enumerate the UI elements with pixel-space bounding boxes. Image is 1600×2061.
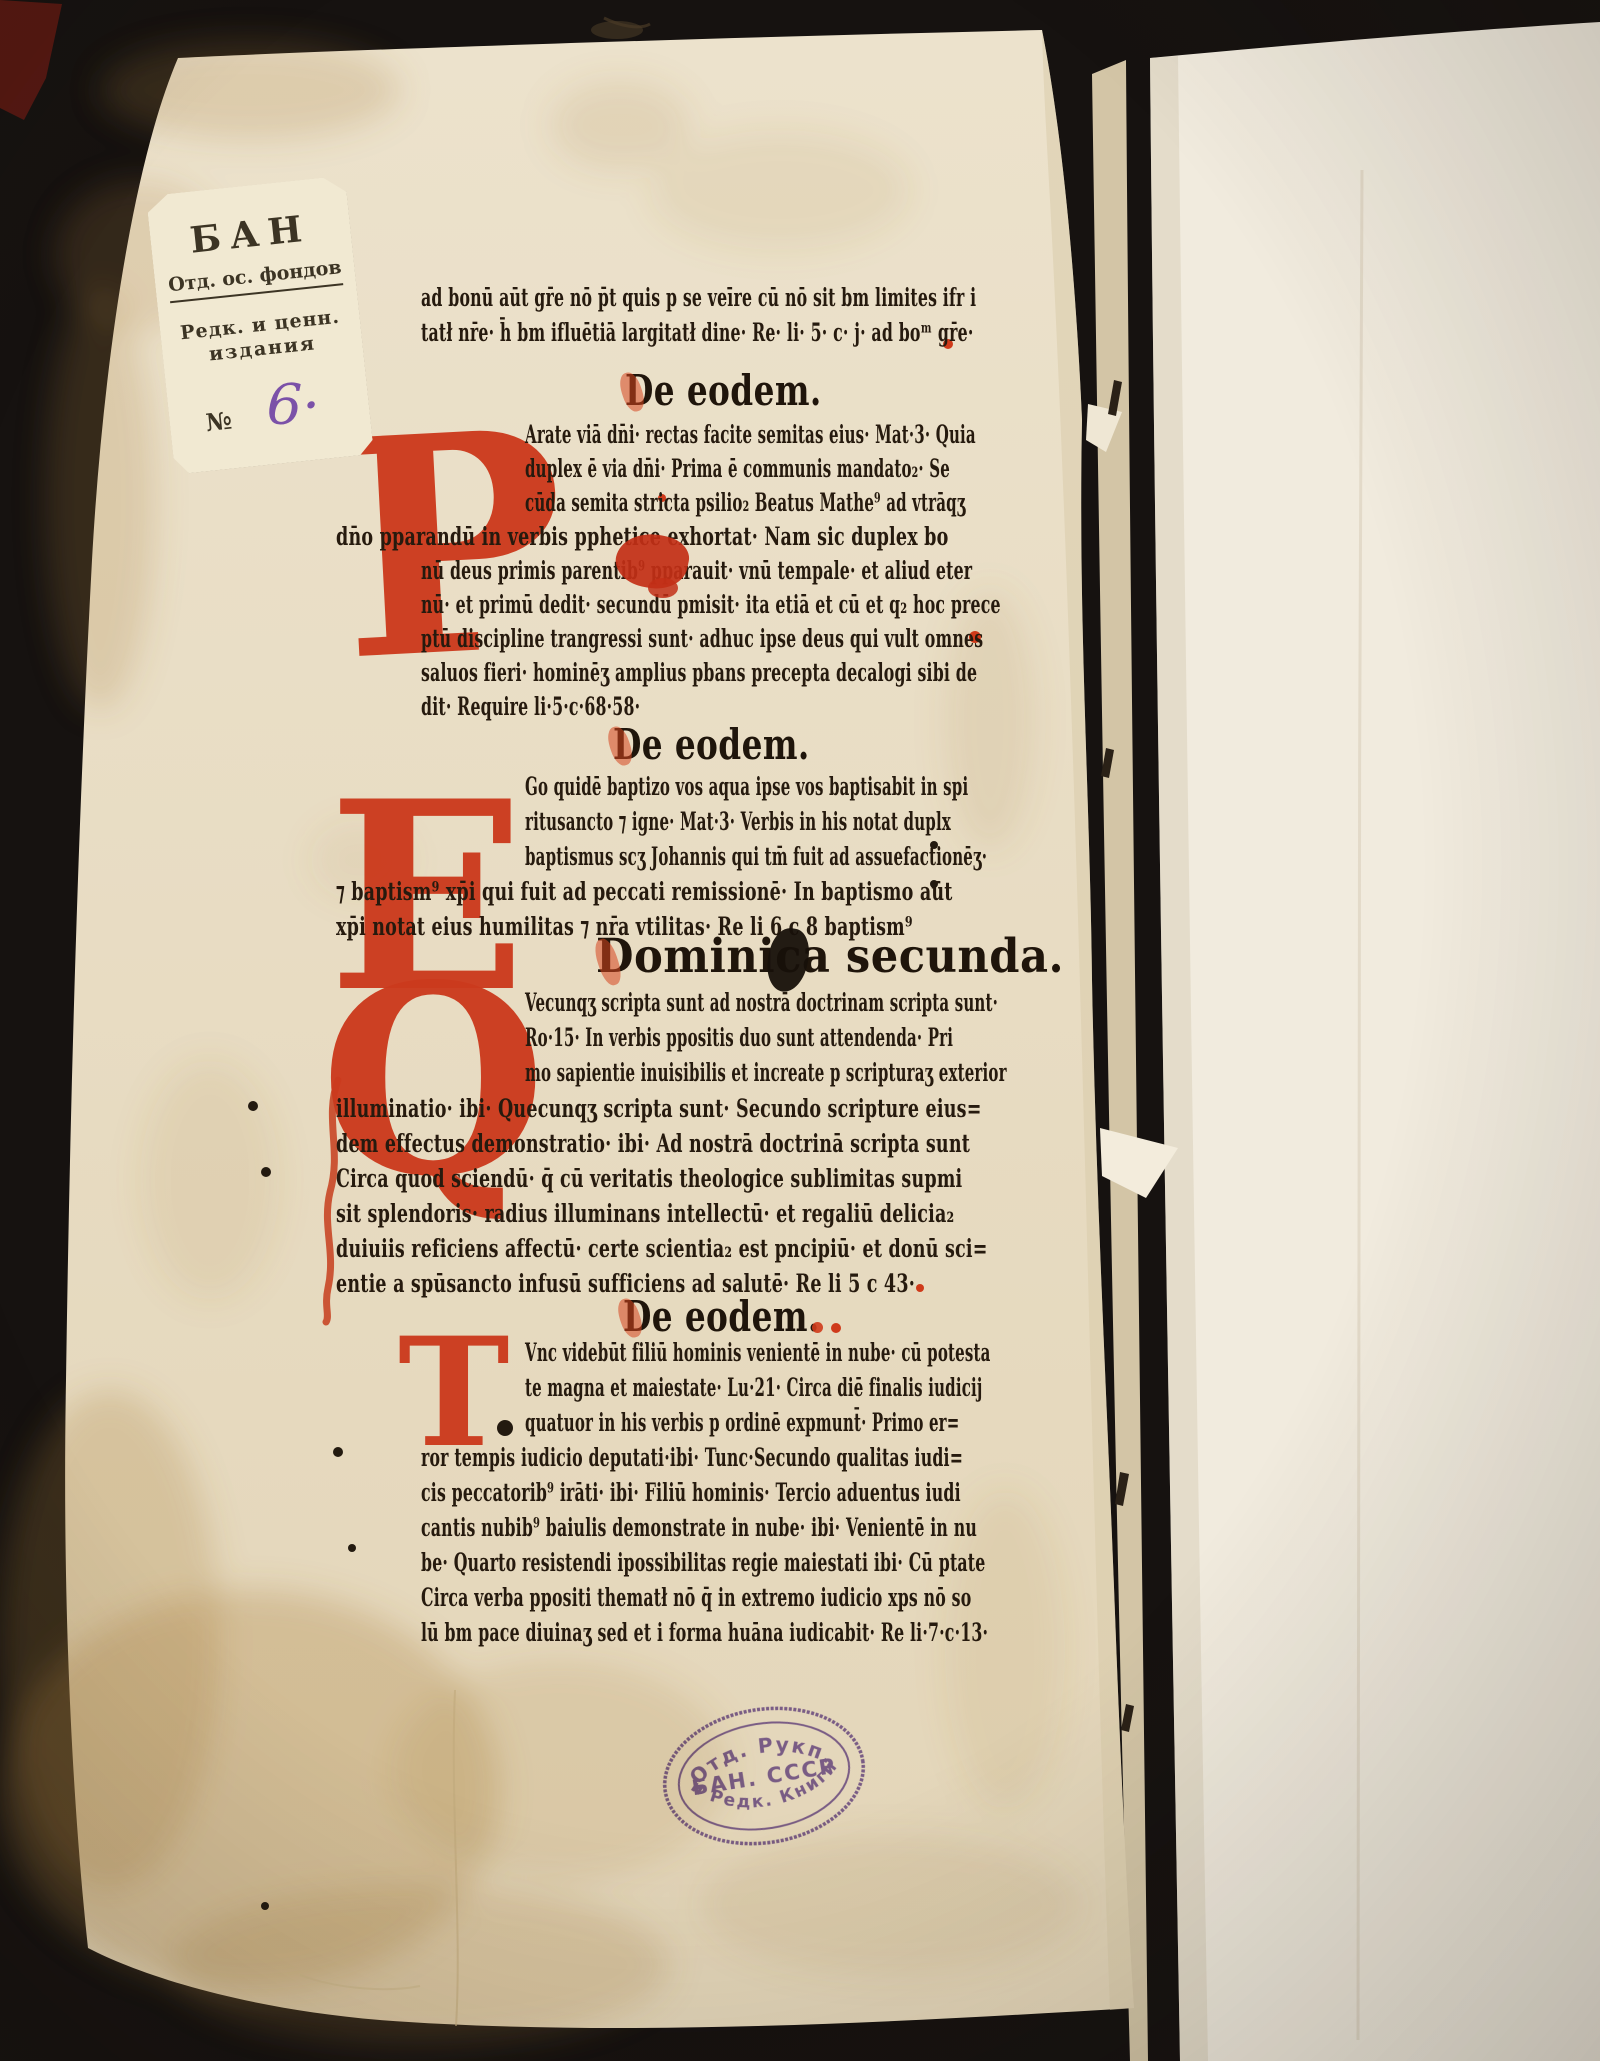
latin-text-line: tatł nr̄e· h̄ bm ifluētiā largitatł dine… <box>421 318 974 352</box>
latin-text-line: illuminatio· ibi· Quecunqʒ scripta sunt·… <box>336 1094 982 1128</box>
latin-text-line: Circa verba ppositi thematł nō q̄ in ext… <box>421 1583 971 1617</box>
latin-text-line: sit splendoris· radius illuminans intell… <box>336 1199 954 1233</box>
numero-sign: № <box>204 406 233 438</box>
latin-text-line: dit· Require li·5·c·68·58· <box>421 692 640 726</box>
library-label: БАН Отд. ос. фондов Редк. и ценн. издани… <box>146 175 374 474</box>
latin-text-line: ritusancto ⁊ igne· Mat·3· Verbis in his … <box>525 807 951 841</box>
latin-text-line: duplex ē via dn̄i· Prima ē communis mand… <box>525 454 950 488</box>
latin-text-line: cūda semita stricta psilio₂ Beatus Mathe… <box>525 488 966 522</box>
latin-text-line: ptū discipline trangressi sunt· adhuc ip… <box>421 624 983 658</box>
latin-text-line: Go quidē baptizo vos aqua ipse vos bapti… <box>525 772 968 806</box>
latin-text-line: Vnc videbūt filiū hominis venientē in nu… <box>525 1338 990 1372</box>
latin-text-line: nū· et primū dedit· secundū pmisit· ita … <box>421 590 1001 624</box>
latin-text-line: Circa quod sciendū· q̄ cū veritatis theo… <box>336 1164 962 1198</box>
rubric-heading: De eodem. <box>623 1292 820 1341</box>
latin-text-line: saluos fieri· hominēʒ amplius pbans prec… <box>421 658 977 692</box>
latin-text-line: nū deus primis parentib⁹ pparauit· vnū t… <box>421 556 972 590</box>
photo-scene: P E Q T ad bonū aūt gr̄e nō p̄t quis p s… <box>0 0 1600 2061</box>
latin-text-line: dem effectus demonstratio· ibi· Ad nostr… <box>336 1129 970 1163</box>
label-department: Отд. ос. фондов <box>167 256 343 303</box>
latin-text-line: be· Quarto resistendi ipossibilitas regi… <box>421 1548 985 1582</box>
rubric-heading: Dominica secunda. <box>596 929 1064 984</box>
rubric-heading: De eodem. <box>613 720 810 769</box>
red-accent-dot <box>812 1322 823 1333</box>
latin-text-line: te magna et maiestate· Lu·21· Circa diē … <box>525 1373 983 1407</box>
rubric-heading: De eodem. <box>625 366 822 415</box>
latin-text-line: mo sapientie inuisibilis et increate p s… <box>525 1058 1007 1092</box>
latin-text-line: Arate viā dn̄i· rectas facite semitas ei… <box>525 420 976 454</box>
latin-text-line: Ro·15· In verbis ppositis duo sunt atten… <box>525 1023 953 1057</box>
latin-text-line: Vecunqʒ scripta sunt ad nostrā doctrinam… <box>525 988 998 1022</box>
red-ink-blot <box>648 578 678 598</box>
latin-text-line: ad bonū aūt gr̄e nō p̄t quis p se veīre … <box>421 283 976 317</box>
shelf-number-value: 6· <box>266 372 321 438</box>
shelf-number-row: № 6· <box>167 373 372 454</box>
latin-text-line: quatuor in his verbis p ordinē expmunt̄·… <box>525 1408 960 1442</box>
latin-text-line: duiuiis reficiens affectū· certe scienti… <box>336 1234 988 1268</box>
latin-text-line: ror tempis iudicio deputati·ibi· Tunc·Se… <box>421 1443 963 1477</box>
latin-text-line: ⁊ baptism⁹ xp̄i qui fuit ad peccati remi… <box>336 877 953 911</box>
latin-text-line: cantis nubib⁹ baiulis demonstrate in nub… <box>421 1513 977 1547</box>
latin-text-line: lū bm pace diuinaʒ sed et i forma huāna … <box>421 1618 988 1652</box>
latin-text-line: baptismus scʒ Johannis qui tm̄ fuit ad a… <box>525 842 987 876</box>
latin-text-line: cis peccatorib⁹ irāti· ibi· Filiū homini… <box>421 1478 961 1512</box>
